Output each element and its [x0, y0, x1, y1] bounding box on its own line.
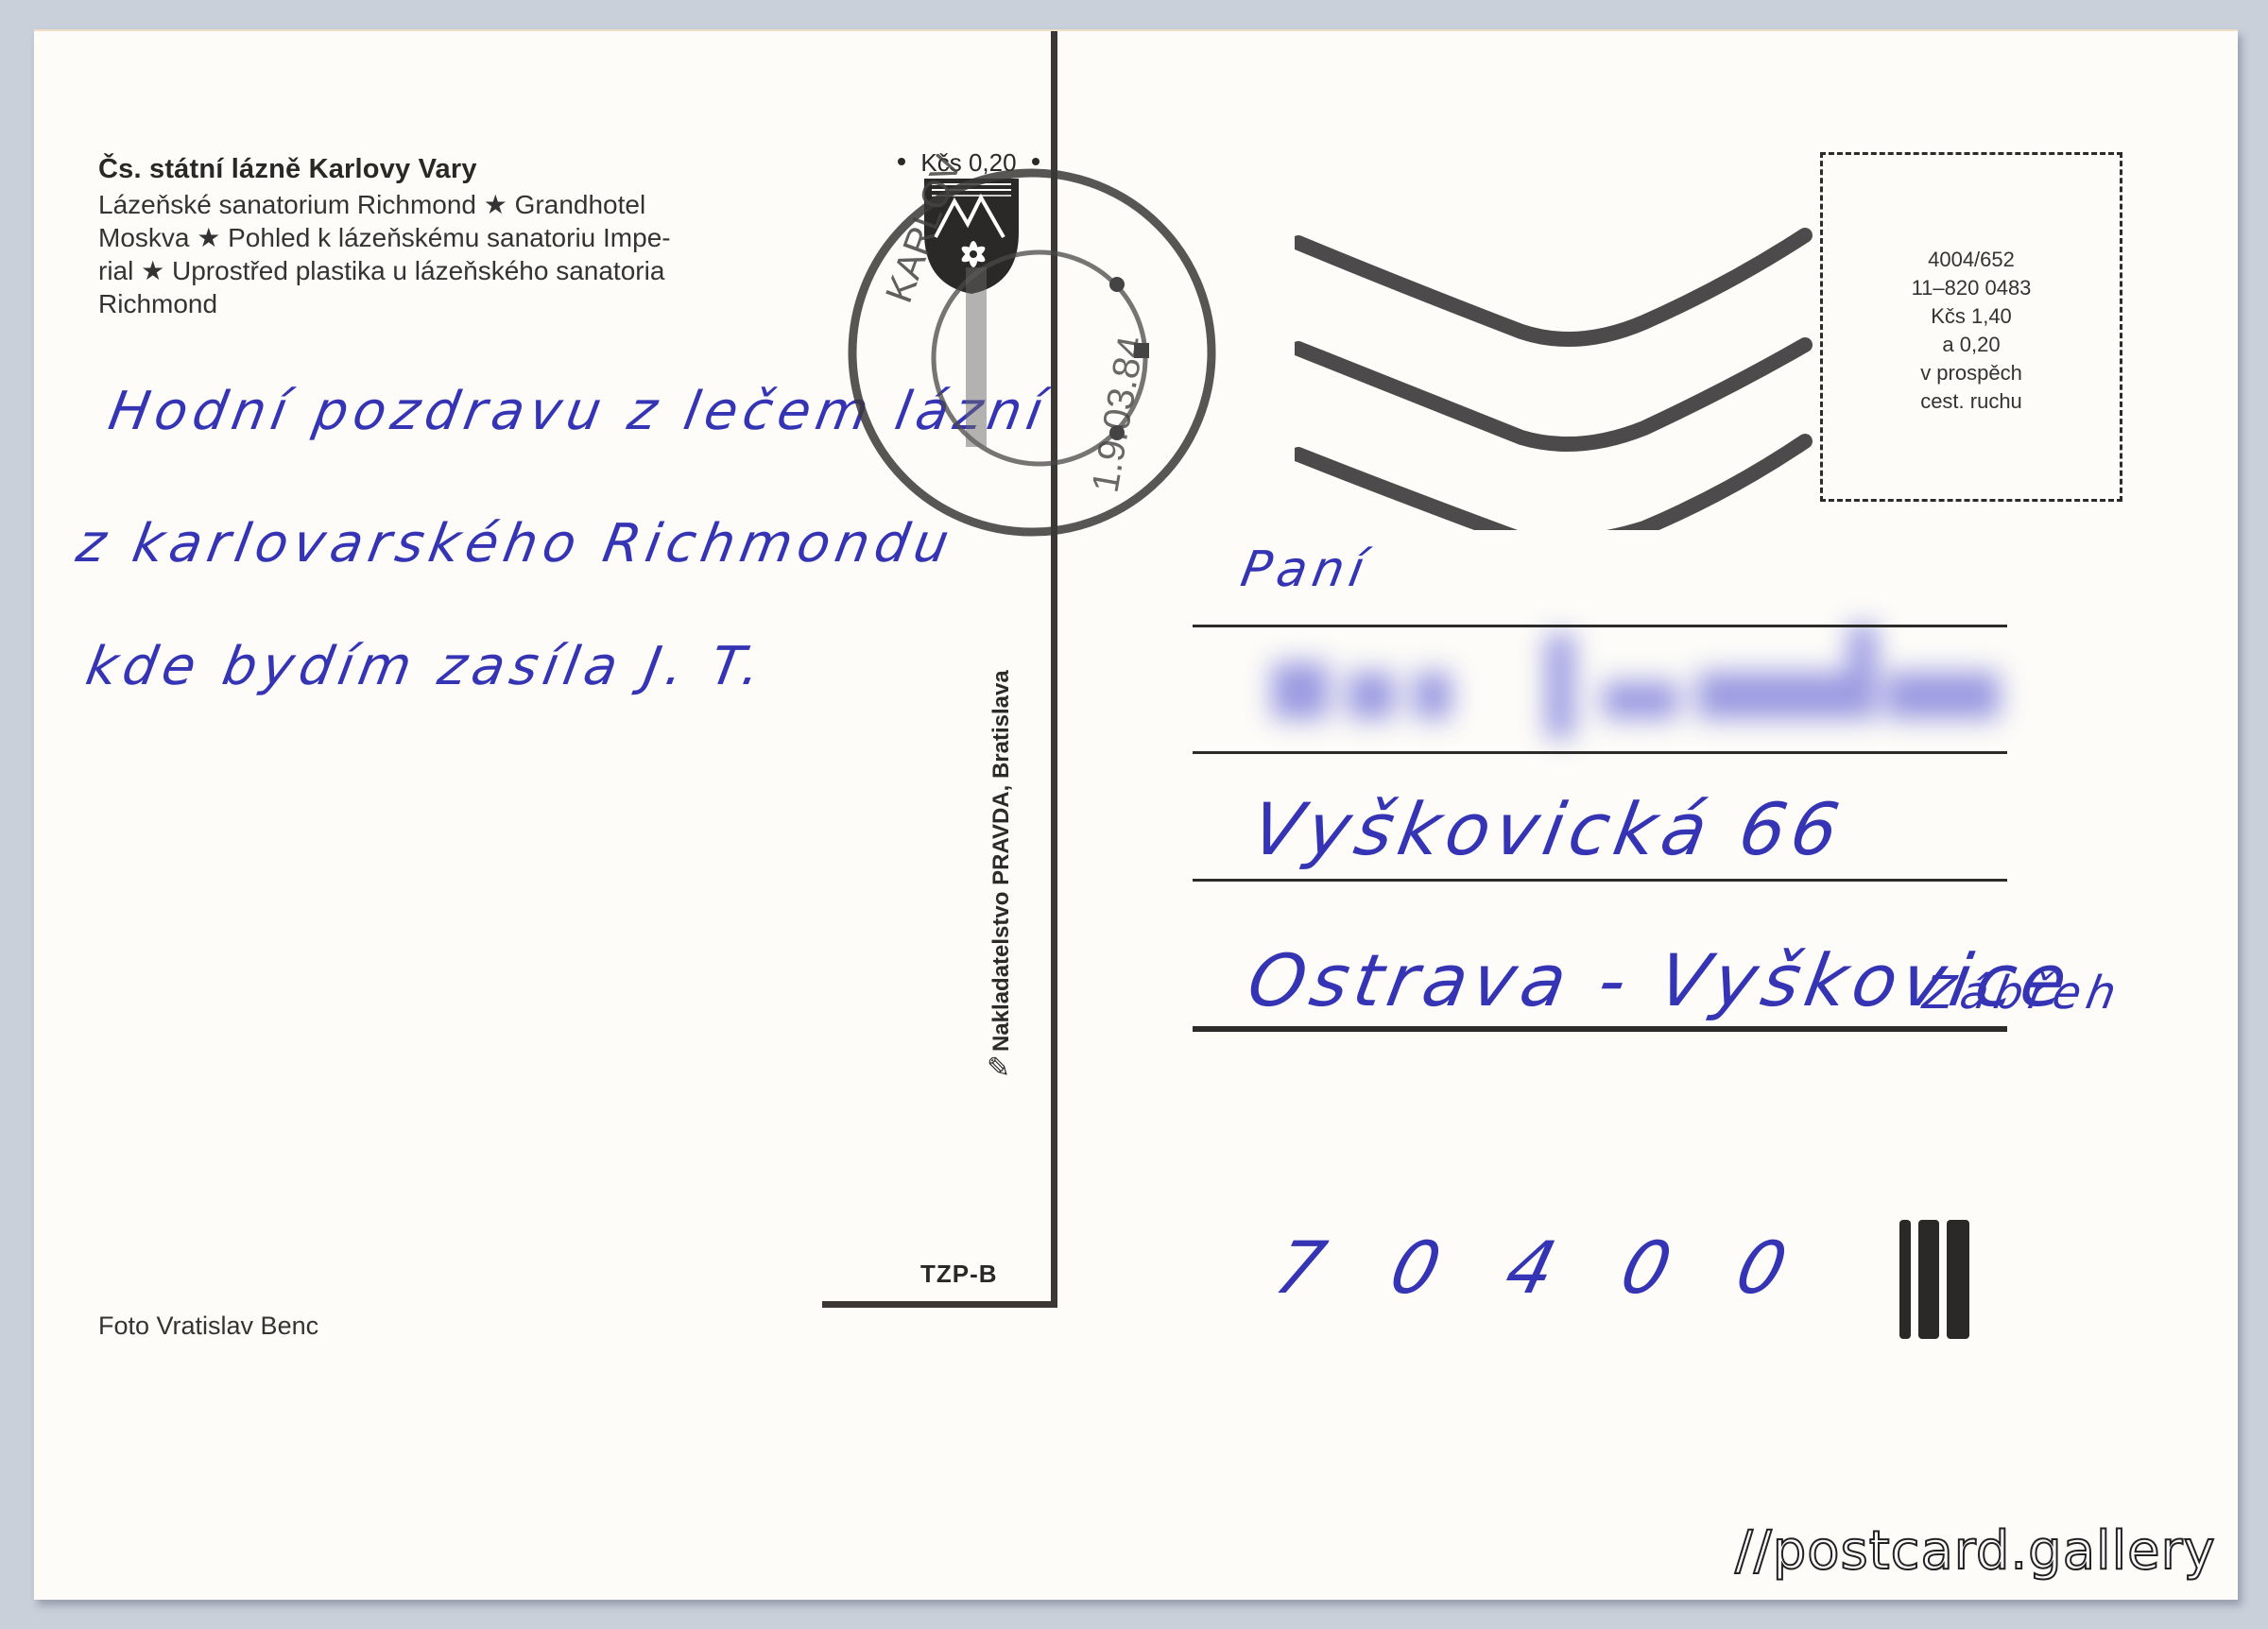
- caption-line: Richmond: [98, 287, 873, 320]
- photo-credit: Foto Vratislav Benc: [98, 1312, 318, 1341]
- caption-line: Moskva ★ Pohled k lázeňskému sanatoriu I…: [98, 221, 873, 254]
- postage-indicia-box: 4004/652 11–820 0483 Kčs 1,40 a 0,20 v p…: [1820, 152, 2122, 502]
- postcard-back: Čs. státní lázně Karlovy Vary Lázeňské s…: [34, 29, 2238, 1600]
- address-salutation: Paní: [1237, 541, 1374, 598]
- indicia-line: v prospěch: [1823, 359, 2120, 387]
- address-district: Zábřeh: [1919, 967, 2125, 1020]
- caption-title: Čs. státní lázně Karlovy Vary: [98, 154, 477, 185]
- cancellation-waves: [1295, 228, 1814, 530]
- caption-body: Lázeňské sanatorium Richmond ★ Grandhote…: [98, 188, 873, 320]
- address-line: [1193, 751, 2007, 754]
- indicia-line: 11–820 0483: [1823, 274, 2120, 302]
- address-line: [1193, 879, 2007, 882]
- divider-foot: [822, 1301, 1057, 1308]
- sorting-bar: [1918, 1220, 1939, 1339]
- sorting-bar: [1947, 1220, 1969, 1339]
- address-line: [1193, 1026, 2007, 1032]
- address-street: Vyškovická 66: [1246, 787, 1850, 871]
- indicia-line: 4004/652: [1823, 246, 2120, 274]
- postmark-icon: KARLOVY 1.9.03.84: [833, 154, 1230, 551]
- message-line: z karlovarského Richmondu: [72, 513, 958, 574]
- caption-line: rial ★ Uprostřed plastika u lázeňského s…: [98, 254, 873, 287]
- print-code: TZP-B: [920, 1260, 998, 1289]
- publisher-imprint: Nakladatelstvo PRAVDA, Bratislava: [988, 670, 1015, 1052]
- publisher-logo-icon: ✎: [987, 1052, 1010, 1085]
- indicia-line: a 0,20: [1823, 331, 2120, 359]
- indicia-line: Kčs 1,40: [1823, 302, 2120, 331]
- address-name-redacted: [1263, 625, 2056, 747]
- indicia-line: cest. ruchu: [1823, 387, 2120, 416]
- message-line: kde bydím zasíla J. T.: [81, 636, 770, 697]
- address-line: [1193, 625, 2007, 627]
- caption-line: Lázeňské sanatorium Richmond ★ Grandhote…: [98, 188, 873, 221]
- sorting-bar: [1899, 1220, 1911, 1339]
- watermark: //postcard.gallery: [1735, 1520, 2216, 1582]
